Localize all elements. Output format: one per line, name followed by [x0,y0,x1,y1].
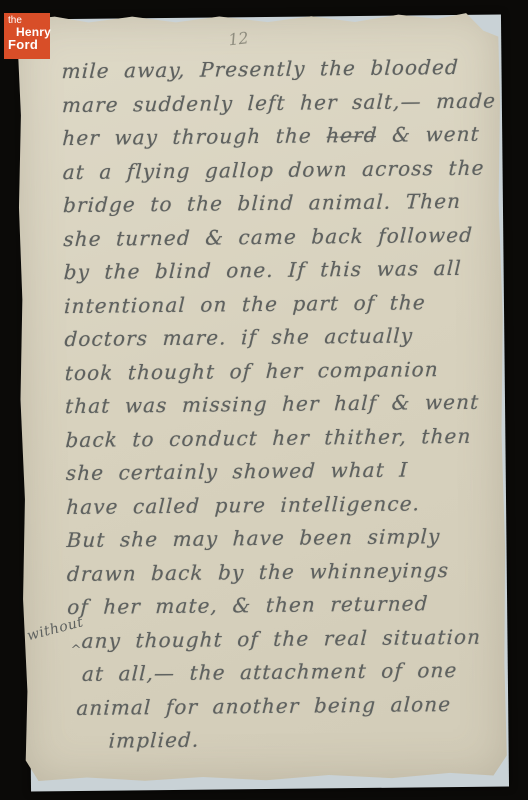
manuscript-line: doctors mare. if she actually [64,323,491,361]
manuscript-line: by the blind one. If this was all [63,256,490,294]
manuscript-line: have called pure intelligence. [65,490,492,528]
manuscript-line: intentional on the part of the [63,289,490,327]
manuscript-line: animal for another being alone [75,691,494,729]
manuscript-line: bridge to the blind animal. Then [62,189,489,227]
manuscript-line: any thought of the real situation [81,624,494,662]
logo-word-ford: Ford [8,38,48,51]
manuscript-page: 12 mile away, Presently the bloodedmare … [16,10,508,783]
manuscript-line: she turned & came back followed [63,222,490,260]
manuscript-line: her way through the h̶e̶r̶d̶ & went [62,122,489,160]
manuscript-line: she certainly showed what I [65,457,492,495]
manuscript-line: mare suddenly left her salt,— made [61,88,488,126]
manuscript-line: at a flying gallop down across the [62,155,489,193]
henry-ford-logo: the Henry Ford [4,13,50,59]
manuscript-line: of her mate, & then returned [66,591,493,629]
manuscript-line: drawn back by the whinneyings [66,557,493,595]
manuscript-line: at all,— the attachment of one [81,658,494,696]
manuscript-line: back to conduct her thither, then [65,423,492,461]
manuscript-line: mile away, Presently the blooded [61,55,488,93]
manuscript-line: implied. [108,725,495,763]
manuscript-line: But she may have been simply [66,524,493,562]
photo-background: { "logo": { "the": "the", "henry": "Henr… [0,0,528,800]
manuscript-text: mile away, Presently the bloodedmare sud… [16,10,508,783]
insertion-caret: ^ [71,643,82,658]
manuscript-line: that was missing her half & went [64,390,491,428]
manuscript-line: took thought of her companion [64,356,491,394]
